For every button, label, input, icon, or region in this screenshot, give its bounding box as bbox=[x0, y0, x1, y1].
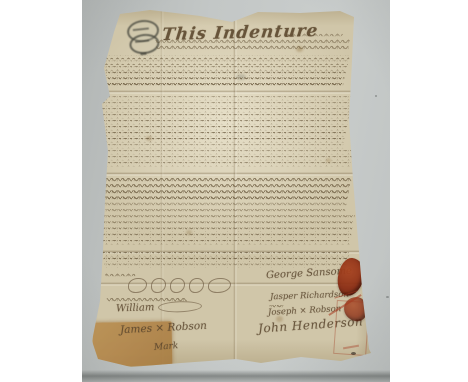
signature-flourish bbox=[158, 300, 202, 313]
pen-loop bbox=[128, 278, 147, 293]
background-speck bbox=[386, 296, 389, 298]
signature-text: Robson bbox=[167, 320, 207, 334]
pen-loop bbox=[208, 278, 231, 293]
signature-text: William bbox=[116, 302, 155, 314]
signature-william: William bbox=[116, 300, 203, 314]
indenture-document: This Indenture bbox=[88, 8, 376, 368]
signature-text: James bbox=[120, 323, 153, 337]
signature-mark-caption: Mark bbox=[154, 341, 179, 353]
pen-loop bbox=[170, 278, 185, 293]
signature-james-robson: James × Robson bbox=[120, 320, 207, 337]
auction-listing-photo-page: This Indenture bbox=[0, 0, 468, 382]
pen-flourishes bbox=[128, 278, 231, 293]
signature-mark-x: × bbox=[299, 306, 307, 316]
pen-loop bbox=[189, 278, 204, 293]
signature-block-left: William James × Robson Mark bbox=[112, 270, 252, 366]
pen-loop bbox=[151, 278, 166, 293]
document-photograph: This Indenture bbox=[82, 0, 390, 382]
ink-speck bbox=[351, 352, 356, 355]
signature-text: Mark bbox=[154, 341, 179, 353]
signature-text: Joseph bbox=[268, 306, 297, 317]
surface-edge-shadow bbox=[82, 370, 390, 382]
signature-mark-x: × bbox=[155, 322, 164, 334]
background-speck bbox=[375, 95, 377, 97]
